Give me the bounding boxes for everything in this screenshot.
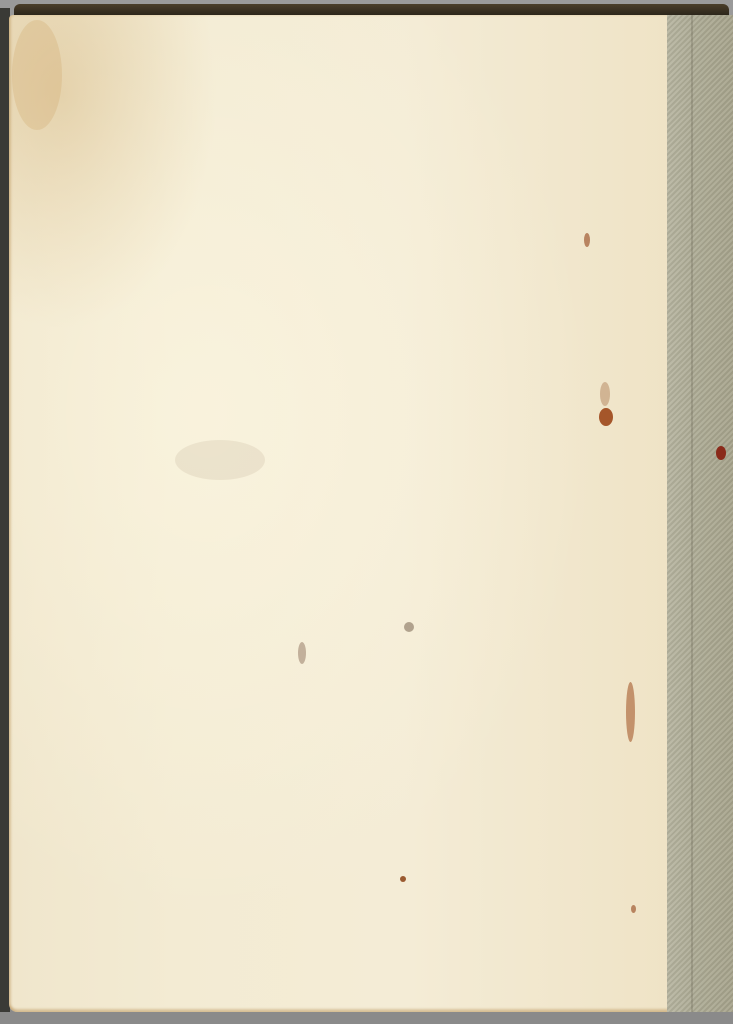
stain-spot [599, 408, 613, 426]
stain-spot [404, 622, 414, 632]
stain-spot [631, 905, 636, 913]
stain-spot [716, 446, 726, 460]
stain-spot [12, 20, 62, 130]
stain-spot [400, 876, 406, 882]
stain-spot [584, 233, 590, 247]
stain-spot [600, 382, 610, 406]
book-back-cover-scene [0, 0, 733, 1024]
cloth-spine [667, 15, 733, 1017]
stain-spot [626, 682, 635, 742]
stain-spot [298, 642, 306, 664]
stain-spot [175, 440, 265, 480]
cover-paper [9, 15, 669, 1012]
background-bottom [0, 1012, 733, 1024]
spine-crease [691, 15, 693, 1017]
